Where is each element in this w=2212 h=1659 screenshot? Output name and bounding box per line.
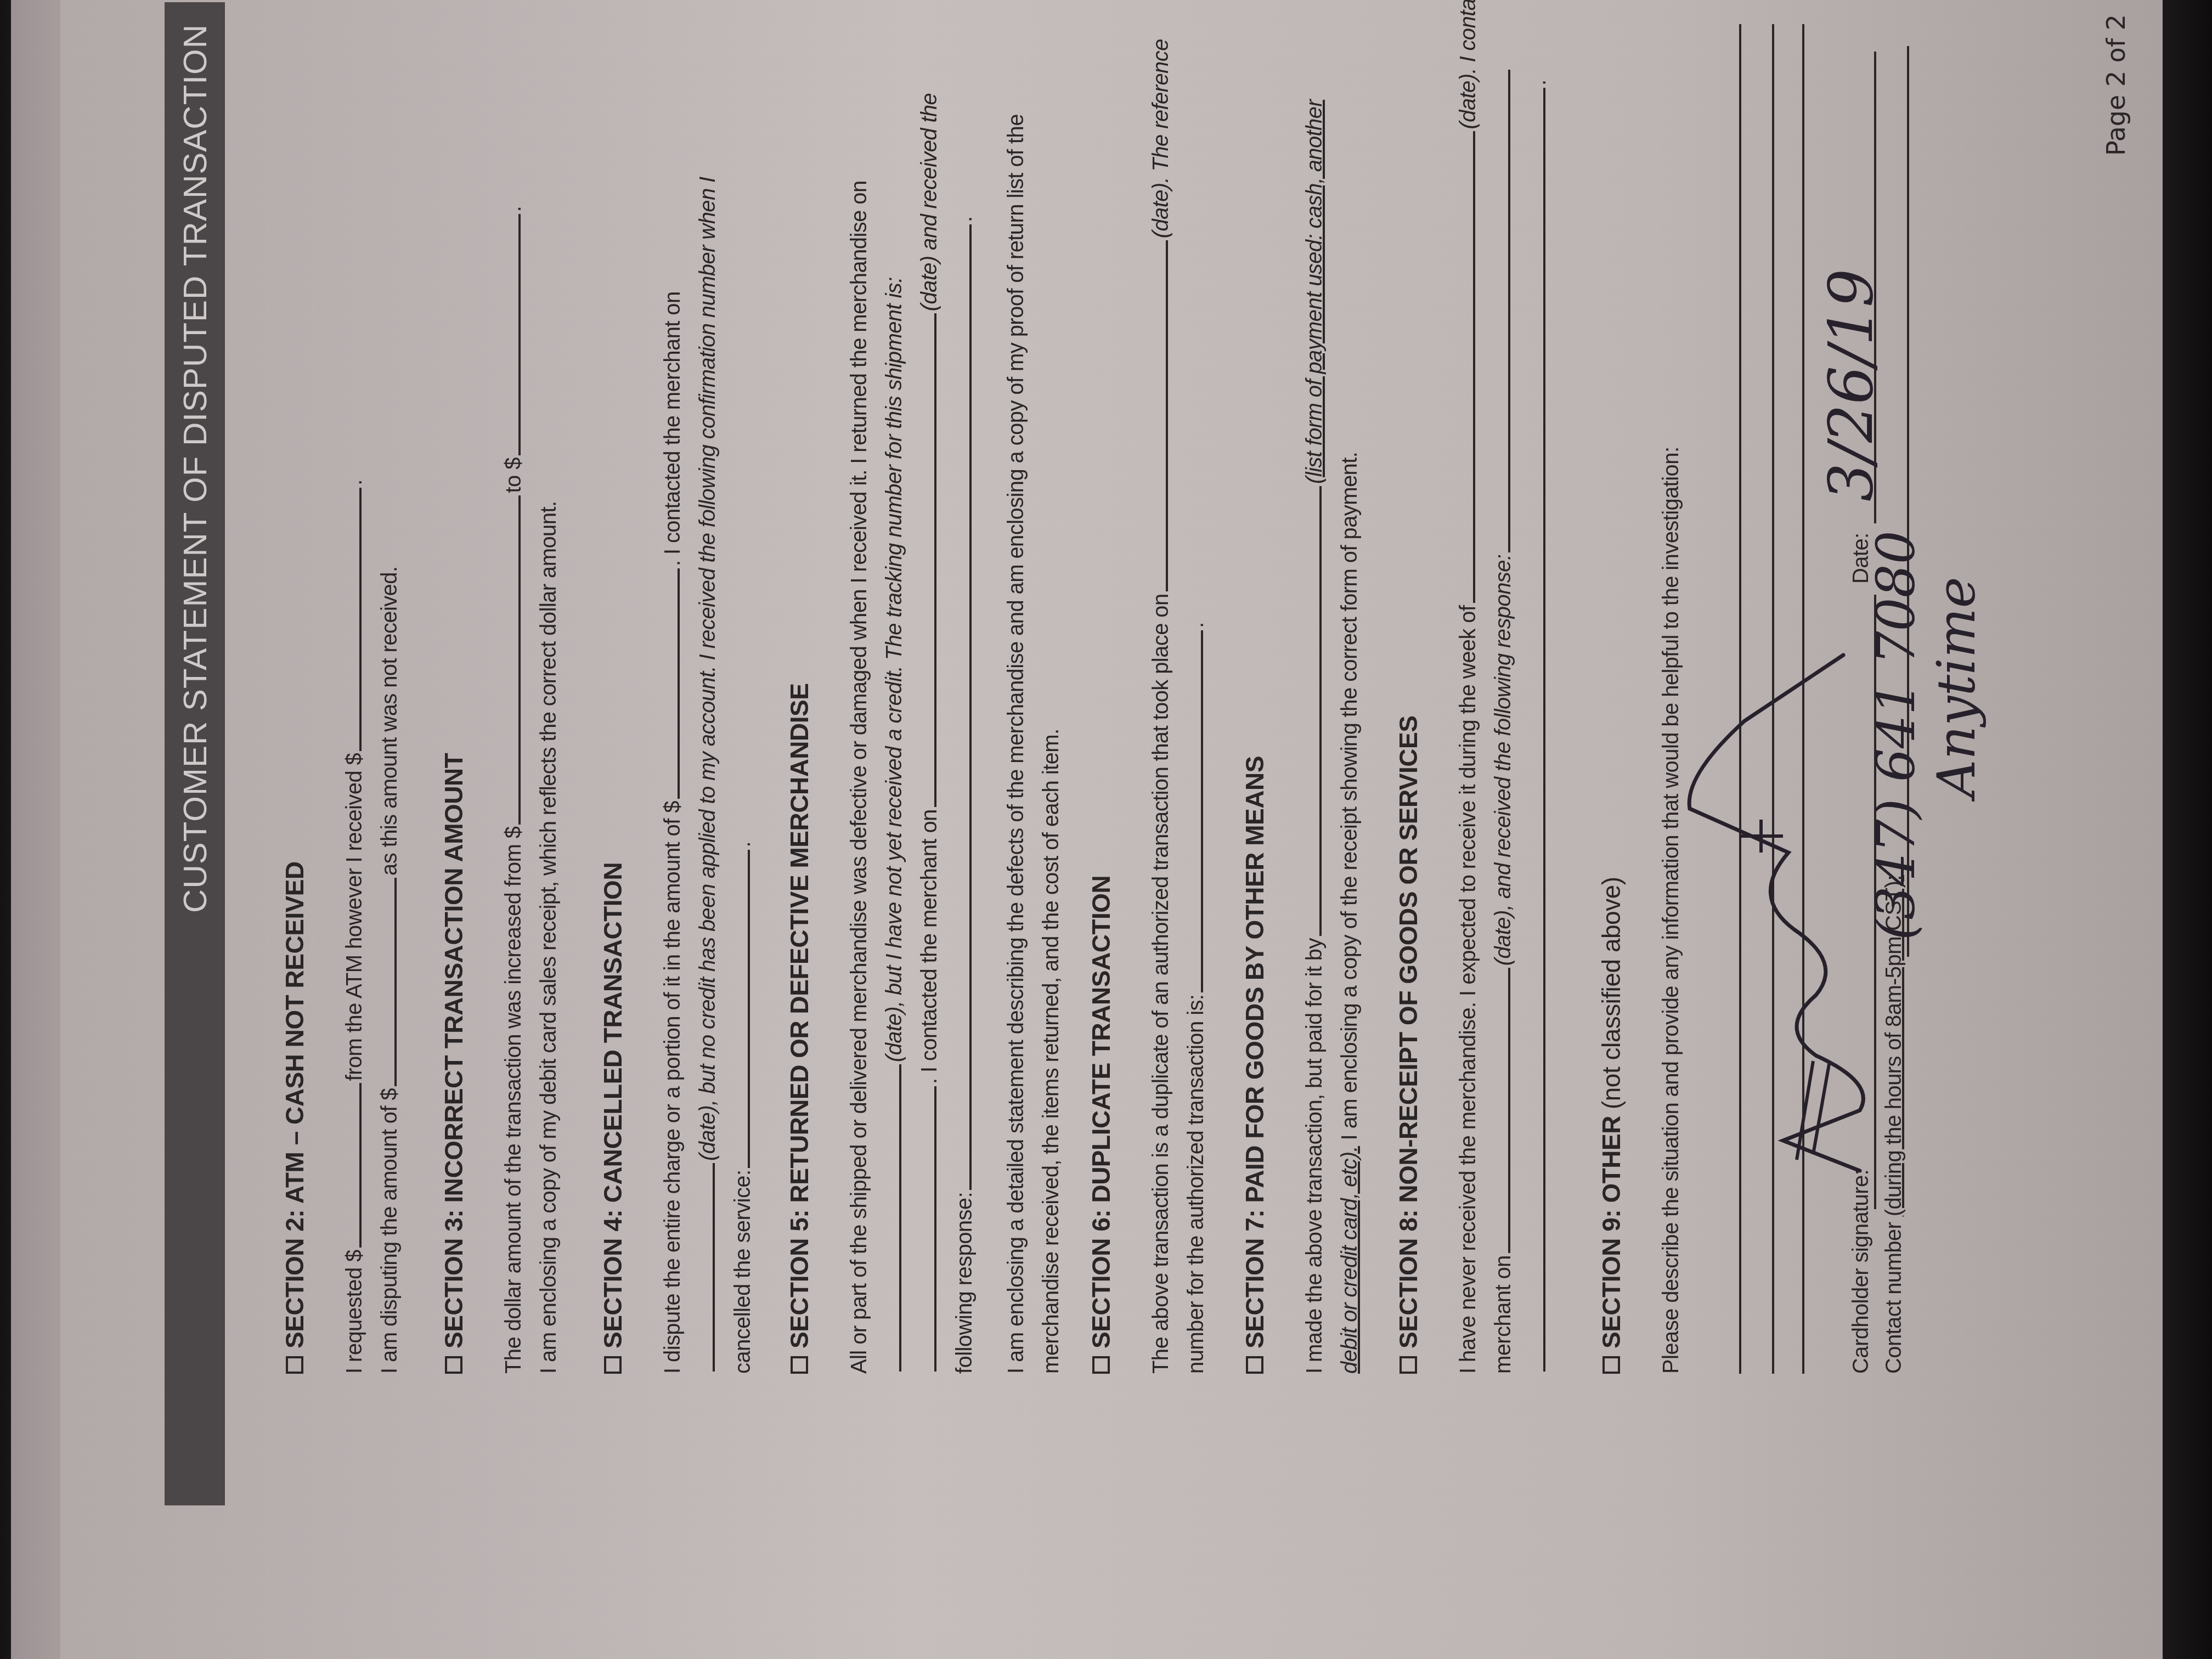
non-receipt-response-field[interactable] bbox=[1487, 70, 1510, 552]
section-7-heading: SECTION 7: PAID FOR GOODS BY OTHER MEANS bbox=[1240, 756, 1269, 1348]
merchant-contact-date-field[interactable] bbox=[913, 313, 936, 807]
form-page: CUSTOMER STATEMENT OF DISPUTED TRANSACTI… bbox=[60, 0, 2189, 1659]
document-page-rotated: CUSTOMER STATEMENT OF DISPUTED TRANSACTI… bbox=[60, 0, 2189, 1659]
section-8-line-3: . bbox=[1521, 24, 1556, 1374]
handwritten-note: Anytime bbox=[1926, 577, 1987, 798]
authorized-transaction-date-field[interactable] bbox=[1145, 240, 1168, 591]
section-5-line-6: merchandise received, the items returned… bbox=[1034, 24, 1069, 1374]
disputed-amount-field[interactable] bbox=[374, 878, 397, 1086]
contact-row: Contact number (during the hours of 8am-… bbox=[1876, 875, 1911, 1374]
section-8: SECTION 8: NON-RECEIPT OF GOODS OR SERVI… bbox=[1393, 24, 1556, 1374]
reference-number-field[interactable] bbox=[1180, 630, 1203, 992]
section-3-line-1: The dollar amount of the transaction was… bbox=[496, 24, 531, 1374]
section-6-checkbox[interactable] bbox=[1092, 1356, 1110, 1374]
cancel-contact-date-field[interactable] bbox=[692, 1163, 715, 1372]
section-9-checkbox[interactable] bbox=[1602, 1356, 1620, 1374]
section-6-heading: SECTION 6: DUPLICATE TRANSACTION bbox=[1086, 876, 1116, 1348]
return-date-field[interactable] bbox=[878, 1064, 901, 1372]
section-5-line-2: (date), but I have not yet received a cr… bbox=[877, 24, 912, 1374]
background-fabric-right bbox=[2163, 0, 2212, 1659]
cancelled-amount-field[interactable] bbox=[657, 568, 680, 799]
section-4-line-1: I dispute the entire charge or a portion… bbox=[655, 24, 690, 1374]
page-number: Page 2 of 2 bbox=[2101, 14, 2131, 156]
signature-row: Cardholder signature: bbox=[1843, 1170, 1878, 1374]
section-4-heading: SECTION 4: CANCELLED TRANSACTION bbox=[598, 862, 628, 1348]
handwritten-phone: (347) 641 7080 bbox=[1865, 531, 1927, 940]
section-4-checkbox[interactable] bbox=[604, 1356, 622, 1374]
section-5-line-1: All or part of the shipped or delivered … bbox=[842, 24, 877, 1374]
handwritten-date: 3/26/19 bbox=[1816, 269, 1886, 501]
section-5-line-4: following response:. bbox=[947, 24, 982, 1374]
payment-method-field[interactable] bbox=[1299, 486, 1322, 936]
section-9-heading-suffix: (not classified above) bbox=[1596, 877, 1626, 1109]
section-3-heading: SECTION 3: INCORRECT TRANSACTION AMOUNT bbox=[439, 753, 469, 1348]
received-amount-field[interactable] bbox=[338, 488, 362, 751]
form-header-bar: CUSTOMER STATEMENT OF DISPUTED TRANSACTI… bbox=[165, 2, 225, 1505]
section-7: SECTION 7: PAID FOR GOODS BY OTHER MEANS… bbox=[1240, 24, 1367, 1374]
section-2: SECTION 2: ATM – CASH NOT RECEIVED I req… bbox=[280, 24, 407, 1374]
section-8-heading: SECTION 8: NON-RECEIPT OF GOODS OR SERVI… bbox=[1393, 716, 1423, 1348]
section-2-checkbox[interactable] bbox=[286, 1356, 303, 1374]
section-3-line-2: I am enclosing a copy of my debit card s… bbox=[531, 24, 566, 1374]
section-3: SECTION 3: INCORRECT TRANSACTION AMOUNT … bbox=[439, 24, 566, 1374]
increased-amount-field[interactable] bbox=[498, 214, 521, 455]
section-4: SECTION 4: CANCELLED TRANSACTION I dispu… bbox=[598, 24, 760, 1374]
section-5: SECTION 5: RETURNED OR DEFECTIVE MERCHAN… bbox=[785, 24, 1069, 1374]
non-receipt-contact-date-field[interactable] bbox=[1487, 968, 1510, 1253]
section-6-line-1: The above transaction is a duplicate of … bbox=[1143, 24, 1178, 1374]
section-8-line-1: I have never received the merchandise. I… bbox=[1451, 24, 1486, 1374]
section-8-checkbox[interactable] bbox=[1400, 1356, 1417, 1374]
section-5-heading: SECTION 5: RETURNED OR DEFECTIVE MERCHAN… bbox=[785, 684, 814, 1348]
section-4-line-3: cancelled the service:. bbox=[725, 24, 760, 1374]
section-2-heading: SECTION 2: ATM – CASH NOT RECEIVED bbox=[280, 861, 309, 1348]
section-8-line-2: merchant on(date), and received the foll… bbox=[1486, 24, 1521, 1374]
section-2-line-2: I am disputing the amount of $as this am… bbox=[372, 24, 407, 1374]
section-7-checkbox[interactable] bbox=[1246, 1356, 1263, 1374]
section-9: SECTION 9: OTHER (not classified above) … bbox=[1596, 24, 1689, 1374]
section-6: SECTION 6: DUPLICATE TRANSACTION The abo… bbox=[1086, 24, 1214, 1374]
confirmation-number-field[interactable] bbox=[727, 850, 750, 1168]
section-5-checkbox[interactable] bbox=[791, 1356, 808, 1374]
section-6-line-2: number for the authorized transaction is… bbox=[1178, 24, 1214, 1374]
section-9-heading: SECTION 9: OTHER bbox=[1596, 1116, 1626, 1348]
section-2-line-1: I requested $from the ATM however I rece… bbox=[337, 24, 372, 1374]
merchant-response-field[interactable] bbox=[949, 224, 972, 1190]
section-3-checkbox[interactable] bbox=[445, 1356, 462, 1374]
form-title: CUSTOMER STATEMENT OF DISPUTED TRANSACTI… bbox=[176, 24, 214, 913]
tracking-number-field[interactable] bbox=[913, 1086, 936, 1372]
section-5-line-3: . I contacted the merchant on(date) and … bbox=[912, 24, 947, 1374]
handwritten-signature bbox=[1679, 644, 1876, 1193]
requested-amount-field[interactable] bbox=[338, 1083, 362, 1248]
original-amount-field[interactable] bbox=[498, 495, 521, 825]
section-7-line-2: debit or credit card, etc). I am enclosi… bbox=[1332, 24, 1367, 1374]
section-7-line-1: I made the above transaction, but paid f… bbox=[1297, 24, 1332, 1374]
expected-week-field[interactable] bbox=[1452, 131, 1475, 603]
section-5-line-5: I am enclosing a detailed statement desc… bbox=[998, 24, 1034, 1374]
section-4-line-2: (date), but no credit has been applied t… bbox=[690, 24, 725, 1374]
non-receipt-response-continued-field[interactable] bbox=[1522, 88, 1545, 1372]
